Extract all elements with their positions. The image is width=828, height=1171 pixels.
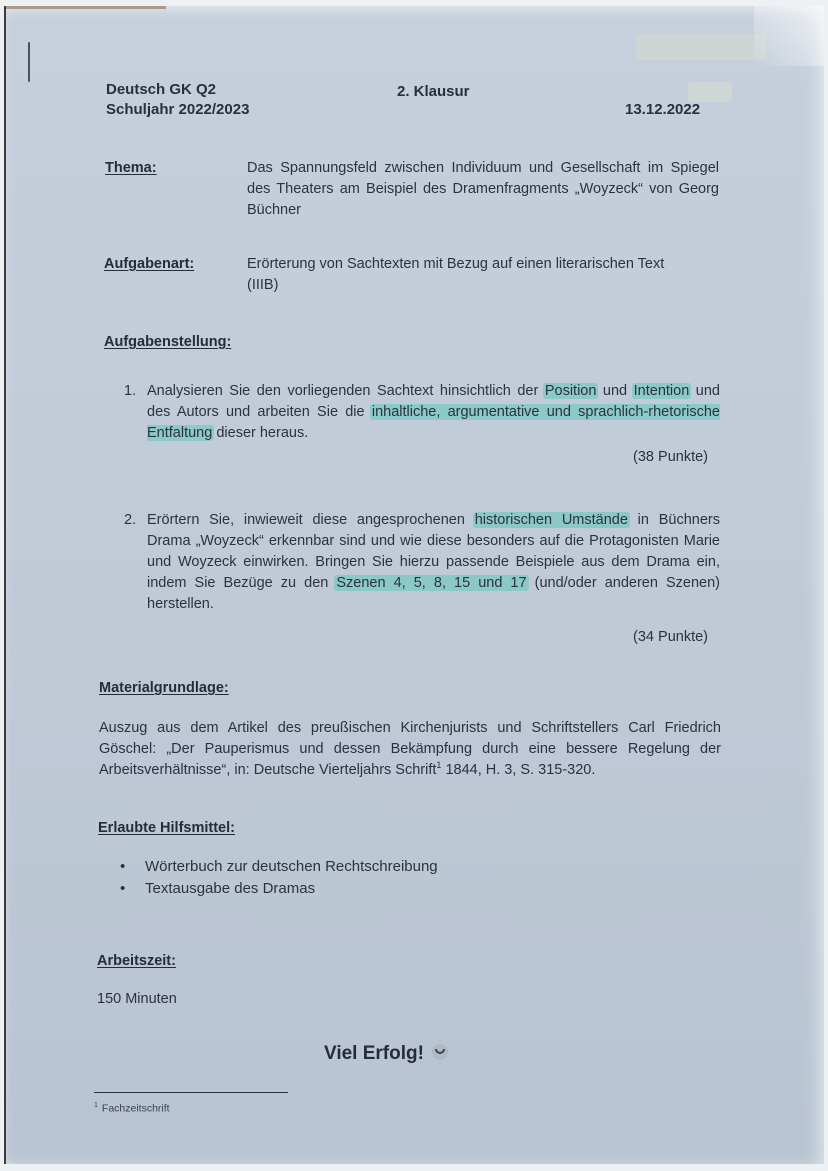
exam-title: 2. Klausur [397,82,470,102]
smiley-icon [432,1044,448,1060]
allowed-aids-list: Wörterbuch zur deutschen Rechtschreibung… [118,856,438,900]
task-1: 1. Analysieren Sie den vorliegenden Sach… [124,381,720,468]
highlighted-text: Inten­tion [632,383,692,399]
arbeitszeit-value: 150 Minuten [97,989,177,1010]
thema-text: Das Spannungsfeld zwischen Individuum un… [247,158,719,221]
task-text-segment: Erörtern Sie, inwieweit diese angesproch… [147,512,475,528]
aufgabenstellung-label: Aufgabenstellung: [104,334,231,350]
arbeitszeit-label: Arbeitszeit: [97,953,176,969]
task-number: 2. [124,510,136,531]
footnote-marker: 1 [94,1102,98,1109]
task-number: 1. [124,381,136,402]
aufgabenart-text: Erörterung von Sachtexten mit Bezug auf … [247,254,727,296]
list-item: Textausgabe des Dramas [118,878,438,900]
material-citation-end: 1844, H. 3, S. 315-320. [441,762,595,778]
task-points: (38 Punkte) [124,447,708,468]
task-text-segment: und [596,383,633,399]
closing-message: Viel Erfolg! [324,1043,448,1065]
school-year: Schuljahr 2022/2023 [106,100,249,120]
pen-mark [28,42,30,82]
aufgabenart-label: Aufgabenart: [104,256,194,272]
faded-stamp [636,34,766,60]
task-text-segment: dieser heraus. [212,425,308,441]
footnote-text: Fachzeitschrift [102,1103,170,1115]
task-text-segment: Analysieren Sie den vorliegenden Sachtex… [147,383,545,399]
exam-date: 13.12.2022 [625,100,700,120]
task-points: (34 Punkte) [124,627,708,648]
task-text: Erörtern Sie, inwieweit diese angesproch… [147,510,720,615]
course-name: Deutsch GK Q2 [106,80,216,100]
materialgrundlage-label: Materialgrundlage: [99,680,229,696]
aufgabenart-line-1: Erörterung von Sachtexten mit Bezug auf … [247,254,727,275]
footnote: 1Fachzeitschrift [94,1102,170,1115]
highlighted-text: historischen Umstände [473,512,630,528]
task-text: Analysieren Sie den vorliegenden Sachtex… [147,381,720,444]
aufgabenart-line-2: (IIIB) [247,275,727,296]
footnote-divider [94,1092,288,1093]
task-2: 2. Erörtern Sie, inwieweit diese angespr… [124,510,720,648]
faded-stamp-small [688,82,732,102]
closing-text: Viel Erfolg! [324,1043,424,1064]
thema-label: Thema: [105,160,157,176]
hilfsmittel-label: Erlaubte Hilfsmittel: [98,820,235,836]
list-item: Wörterbuch zur deutschen Rechtschreibung [118,856,438,878]
material-source-text: Auszug aus dem Artikel des preußischen K… [99,718,721,781]
highlighted-text: Szenen 4, 5, 8, 15 und 17 [334,575,528,591]
highlighted-text: Position [543,383,599,399]
material-citation: Auszug aus dem Artikel des preußischen K… [99,720,721,778]
